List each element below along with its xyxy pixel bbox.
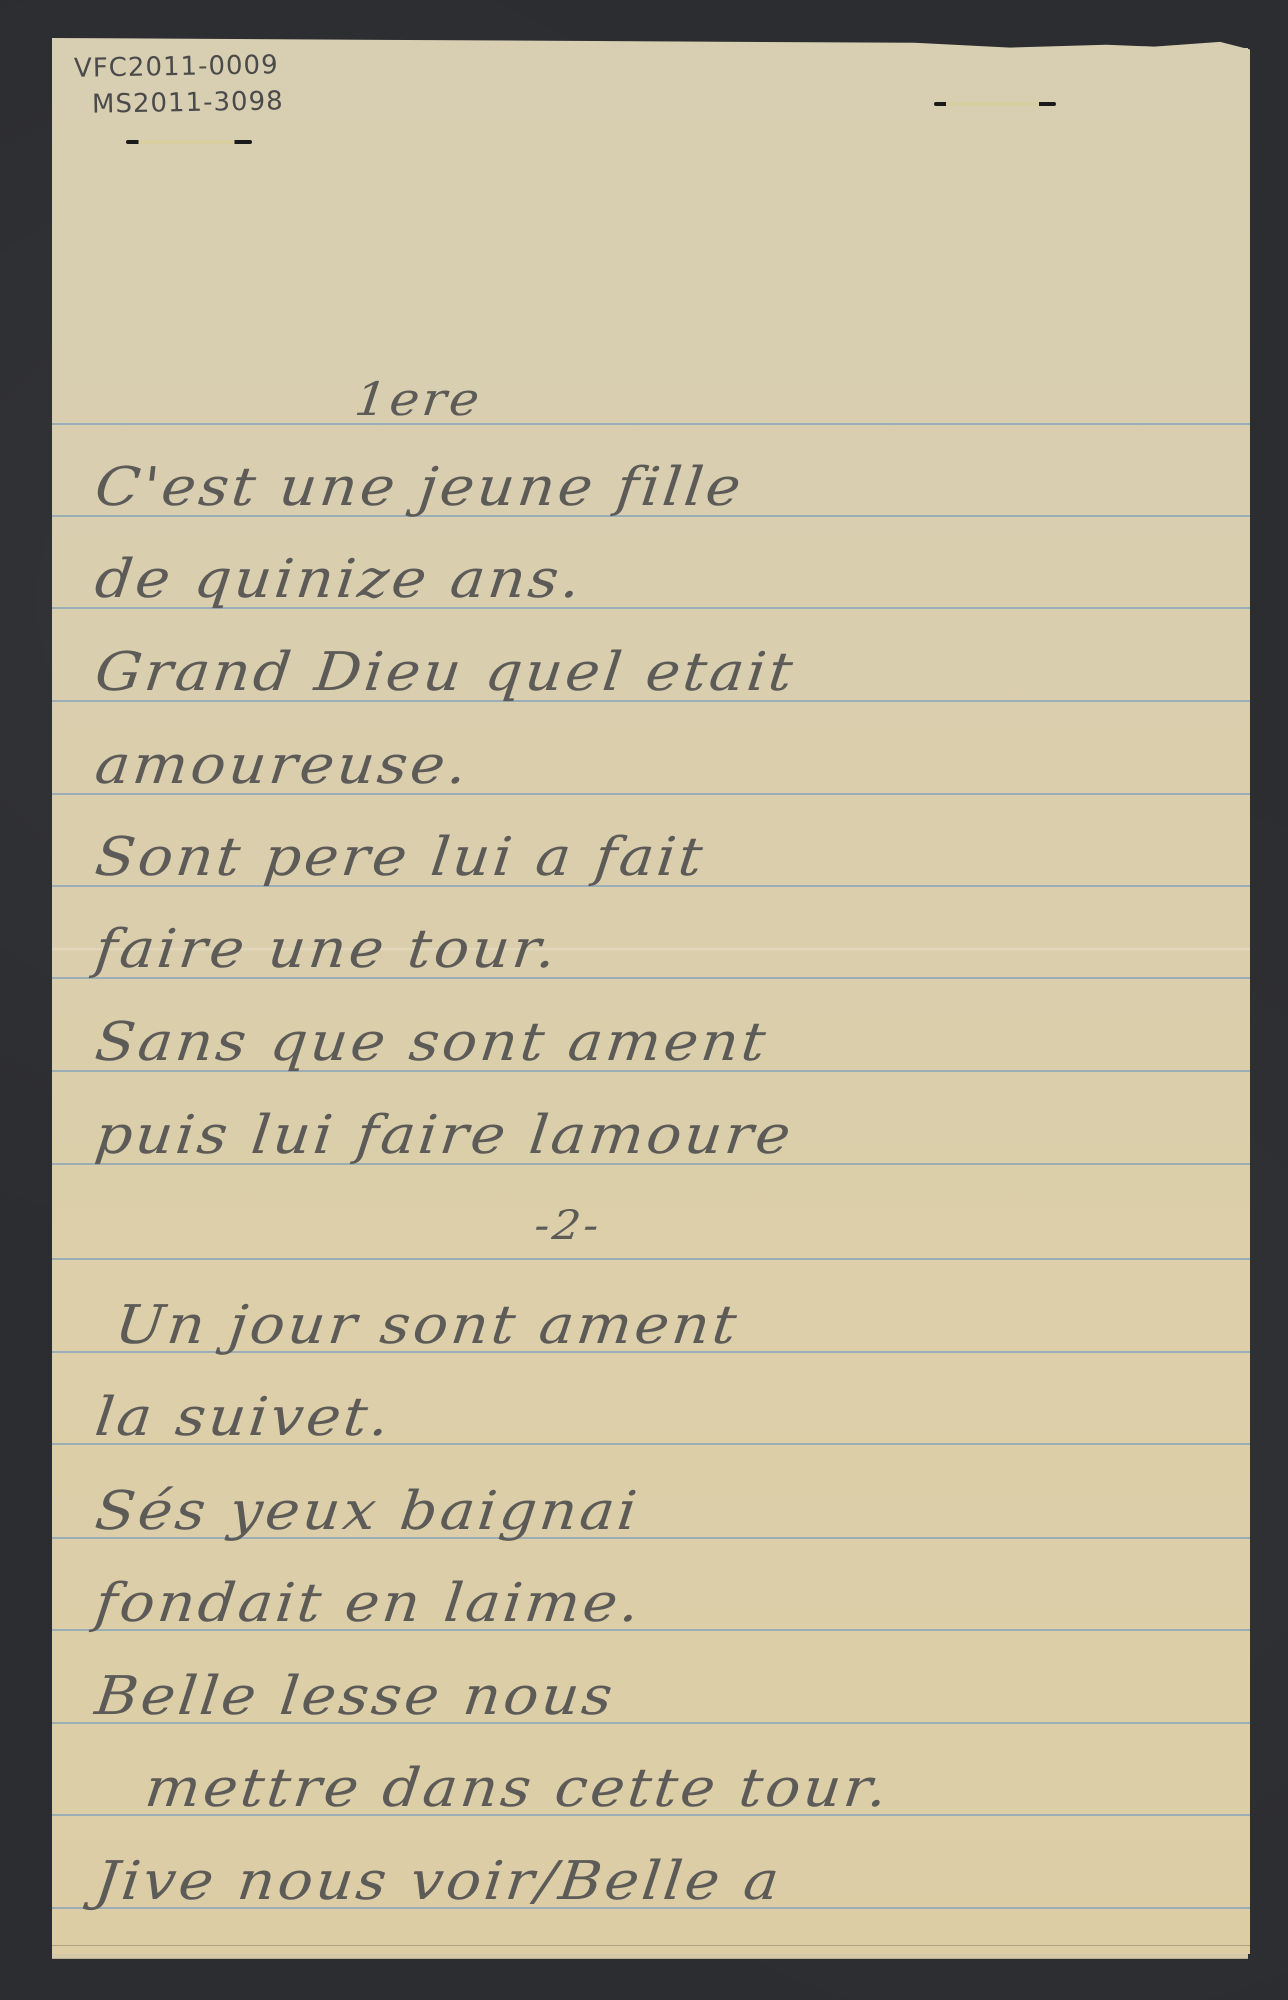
section-marker: -2- — [532, 1202, 604, 1249]
verse-line: C'est une jeune fille — [92, 455, 747, 518]
verse-line: faire une tour. — [92, 917, 562, 980]
verse-line: Sés yeux baignai — [92, 1479, 643, 1542]
verse-line: mettre dans cette tour. — [142, 1756, 893, 1819]
ruled-line — [52, 423, 1250, 425]
staple-mark-left — [126, 140, 252, 144]
accession-number-vfc: VFC2011-0009 — [74, 50, 279, 84]
verse-line: Sans que sont ament — [92, 1010, 772, 1073]
accession-number-ms: MS2011-3098 — [92, 86, 284, 119]
handwritten-page: VFC2011-0009 MS2011-3098 1ere C'est une … — [52, 38, 1250, 1954]
verse-line: puis lui faire lamoure — [92, 1103, 797, 1166]
verse-line: amoureuse. — [92, 733, 473, 796]
verse-line: fondait en laime. — [92, 1571, 645, 1634]
ruled-line — [52, 1258, 1250, 1260]
verse-line: Un jour sont ament — [112, 1293, 743, 1356]
verse-line: de quinize ans. — [92, 547, 586, 610]
verse-line: Grand Dieu quel etait — [92, 640, 799, 703]
song-title: 1ere — [352, 373, 485, 426]
verse-line: la suivet. — [92, 1385, 395, 1448]
verse-line: Sont pere lui a fait — [92, 825, 709, 888]
verse-line: Jive nous voir/Belle a — [92, 1849, 785, 1912]
verse-line: Belle lesse nous — [92, 1664, 619, 1727]
staple-mark-right — [934, 102, 1056, 106]
